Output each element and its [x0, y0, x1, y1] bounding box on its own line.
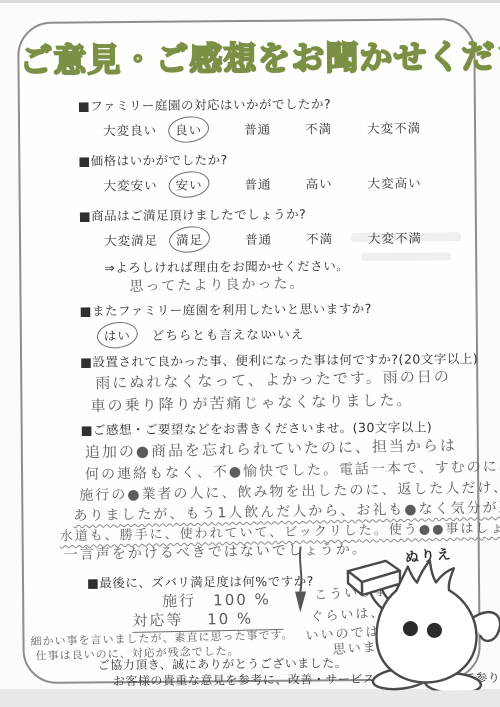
q2-option-selected: 安い — [175, 175, 202, 193]
question-3-label: ■商品はご満足頂けましたでしょうか? — [79, 204, 307, 224]
question-4-label: ■またファミリー庭園を利用したいと思いますか? — [80, 299, 372, 320]
page-title: ご意見・ご感想をお聞かせください — [19, 31, 473, 82]
q1-option: 不満 — [305, 119, 332, 137]
question-2-label: ■価格はいかがでしたか? — [78, 150, 228, 169]
q2-option: 普通 — [244, 175, 271, 193]
question-3-options: 大変満足 満足 普通 不満 大変不満 — [19, 20, 473, 24]
q2-option: 大変高い — [367, 173, 421, 191]
q3-option: 大変不満 — [368, 228, 422, 246]
q4-option: いいえ — [264, 325, 305, 343]
survey-sheet: ご意見・ご感想をお聞かせください ■ファミリー庭園の対応はいかがでしたか? 大変… — [17, 18, 481, 684]
q3-option: 普通 — [245, 230, 272, 248]
q1-option: 普通 — [244, 120, 271, 138]
q3-option-selected: 満足 — [176, 230, 203, 248]
q2-option: 大変安い — [103, 176, 157, 194]
q4-option: どちらとも言えない — [152, 325, 274, 344]
q5-answer-line2-handwriting: 車の乗り降りが苦痛じゃなくなりました。 — [90, 389, 413, 416]
scan-edge-bottom — [0, 689, 500, 707]
q2-option: 高い — [305, 174, 332, 192]
q3-option: 不満 — [306, 229, 333, 247]
scan-edge-top — [0, 0, 500, 3]
question-7-label: ■最後に、ズバリ満足度は何%ですか? — [87, 571, 314, 591]
question-2-options: 大変安い 安い 普通 高い 大変高い — [19, 20, 473, 24]
question-4-options: はい どちらとも言えない いいえ — [19, 20, 473, 24]
q3-option: 大変満足 — [104, 231, 158, 249]
q1-option-selected: 良い — [175, 120, 202, 138]
onion-mascot-illustration — [334, 556, 500, 691]
question-1-options: 大変良い 良い 普通 不満 大変不満 — [19, 20, 473, 24]
scan-artifact — [361, 252, 451, 261]
question-1-label: ■ファミリー庭園の対応はいかがでしたか? — [78, 94, 331, 114]
q1-option: 大変不満 — [367, 118, 421, 136]
q4-option-selected: はい — [104, 326, 131, 344]
q1-option: 大変良い — [103, 121, 157, 139]
q3-reason-answer-handwriting: 思ってたより良かった。 — [129, 273, 305, 296]
